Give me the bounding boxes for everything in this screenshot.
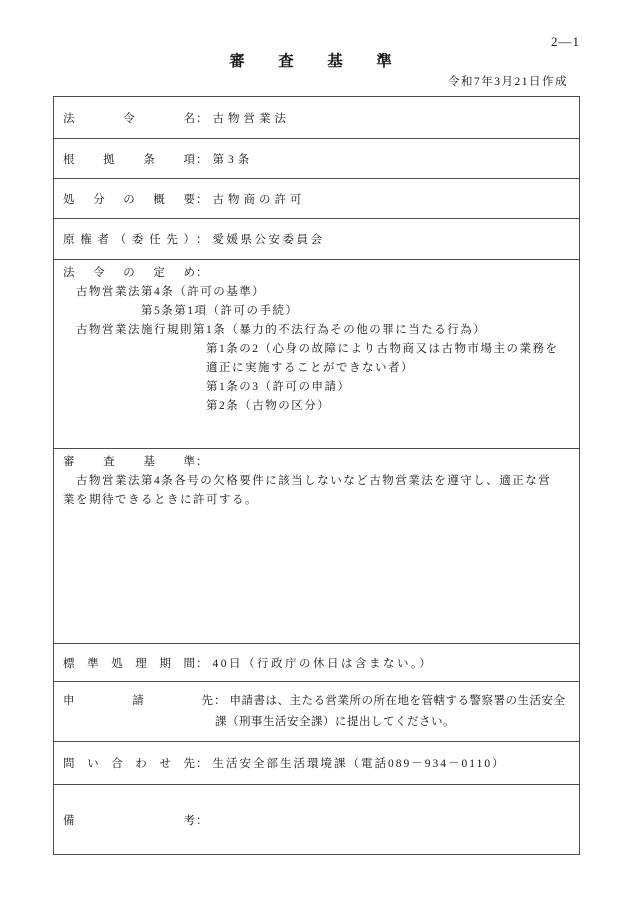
- row-examination-criteria: 審査基準： 古物営業法第4条各号の欠格要件に該当しないなど古物営業法を遵守し、適…: [54, 448, 579, 643]
- row-value: 第3条: [213, 151, 254, 167]
- row-header-line: 申請先：申請書は、主たる営業所の所在地を管轄する警察署の生活安全: [63, 691, 573, 712]
- row-legal-basis: 根拠条項：第3条: [54, 138, 579, 178]
- row-law-name: 法令名：古物営業法: [54, 97, 579, 138]
- row-remarks: 備考：: [54, 784, 579, 854]
- row-disposition-summary: 処分の概要：古物商の許可: [54, 178, 579, 218]
- provisions-text: 古物営業法第4条（許可の基準） 第5条第1項（許可の手続） 古物営業法施行規則第…: [63, 283, 573, 416]
- row-value: 古物営業法: [213, 110, 291, 126]
- label-colon: ：: [196, 456, 208, 468]
- document-page: 2—1 審 査 基 準 令和7年3月21日作成 法令名：古物営業法 根拠条項：第…: [0, 0, 630, 903]
- page-title: 審 査 基 準: [0, 49, 630, 71]
- row-label: 法令名: [63, 110, 195, 126]
- row-label: 申請先: [63, 691, 213, 712]
- label-colon: ：: [196, 812, 208, 828]
- row-value: 愛媛県公安委員会: [213, 231, 325, 247]
- created-date: 令和7年3月21日作成: [448, 73, 568, 89]
- row-value: 40日（行政庁の休日は含まない。）: [213, 655, 434, 671]
- row-standard-processing-period: 標準処理期間：40日（行政庁の休日は含まない。）: [54, 643, 579, 681]
- row-authority-holder: 原権者（委任先）：愛媛県公安委員会: [54, 218, 579, 259]
- label-colon: ：: [196, 755, 208, 771]
- row-value-line2: 課（刑事生活安全課）に提出してください。: [63, 712, 573, 733]
- row-label: 審査基準: [63, 453, 195, 472]
- row-label: 備考: [63, 812, 195, 828]
- row-label: 原権者（委任先）: [63, 231, 195, 247]
- label-colon: ：: [196, 110, 208, 126]
- page-number: 2—1: [551, 34, 580, 50]
- label-colon: ：: [196, 231, 208, 247]
- row-header-line: 法令の定め：: [63, 264, 573, 283]
- row-label: 標準処理期間: [63, 655, 195, 671]
- row-application-destination: 申請先：申請書は、主たる営業所の所在地を管轄する警察署の生活安全 課（刑事生活安…: [54, 681, 579, 741]
- label-colon: ：: [196, 191, 208, 207]
- label-colon: ：: [196, 267, 208, 279]
- row-label: 根拠条項: [63, 151, 195, 167]
- row-label: 法令の定め: [63, 264, 195, 283]
- label-colon: ：: [214, 695, 226, 707]
- row-inquiry-contact: 問い合わせ先：生活安全部生活環境課（電話089－934－0110）: [54, 741, 579, 784]
- row-label: 問い合わせ先: [63, 755, 195, 771]
- row-value: 古物商の許可: [213, 191, 306, 207]
- criteria-table: 法令名：古物営業法 根拠条項：第3条 処分の概要：古物商の許可 原権者（委任先）…: [53, 96, 580, 855]
- criteria-text: 古物営業法第4条各号の欠格要件に該当しないなど古物営業法を遵守し、適正な営 業を…: [63, 472, 573, 510]
- label-colon: ：: [196, 151, 208, 167]
- row-header-line: 審査基準：: [63, 453, 573, 472]
- row-legal-provisions: 法令の定め： 古物営業法第4条（許可の基準） 第5条第1項（許可の手続） 古物営…: [54, 259, 579, 448]
- row-label: 処分の概要: [63, 191, 195, 207]
- label-colon: ：: [196, 655, 208, 671]
- row-value: 生活安全部生活環境課（電話089－934－0110）: [213, 755, 506, 771]
- row-value-line1: 申請書は、主たる営業所の所在地を管轄する警察署の生活安全: [230, 695, 566, 707]
